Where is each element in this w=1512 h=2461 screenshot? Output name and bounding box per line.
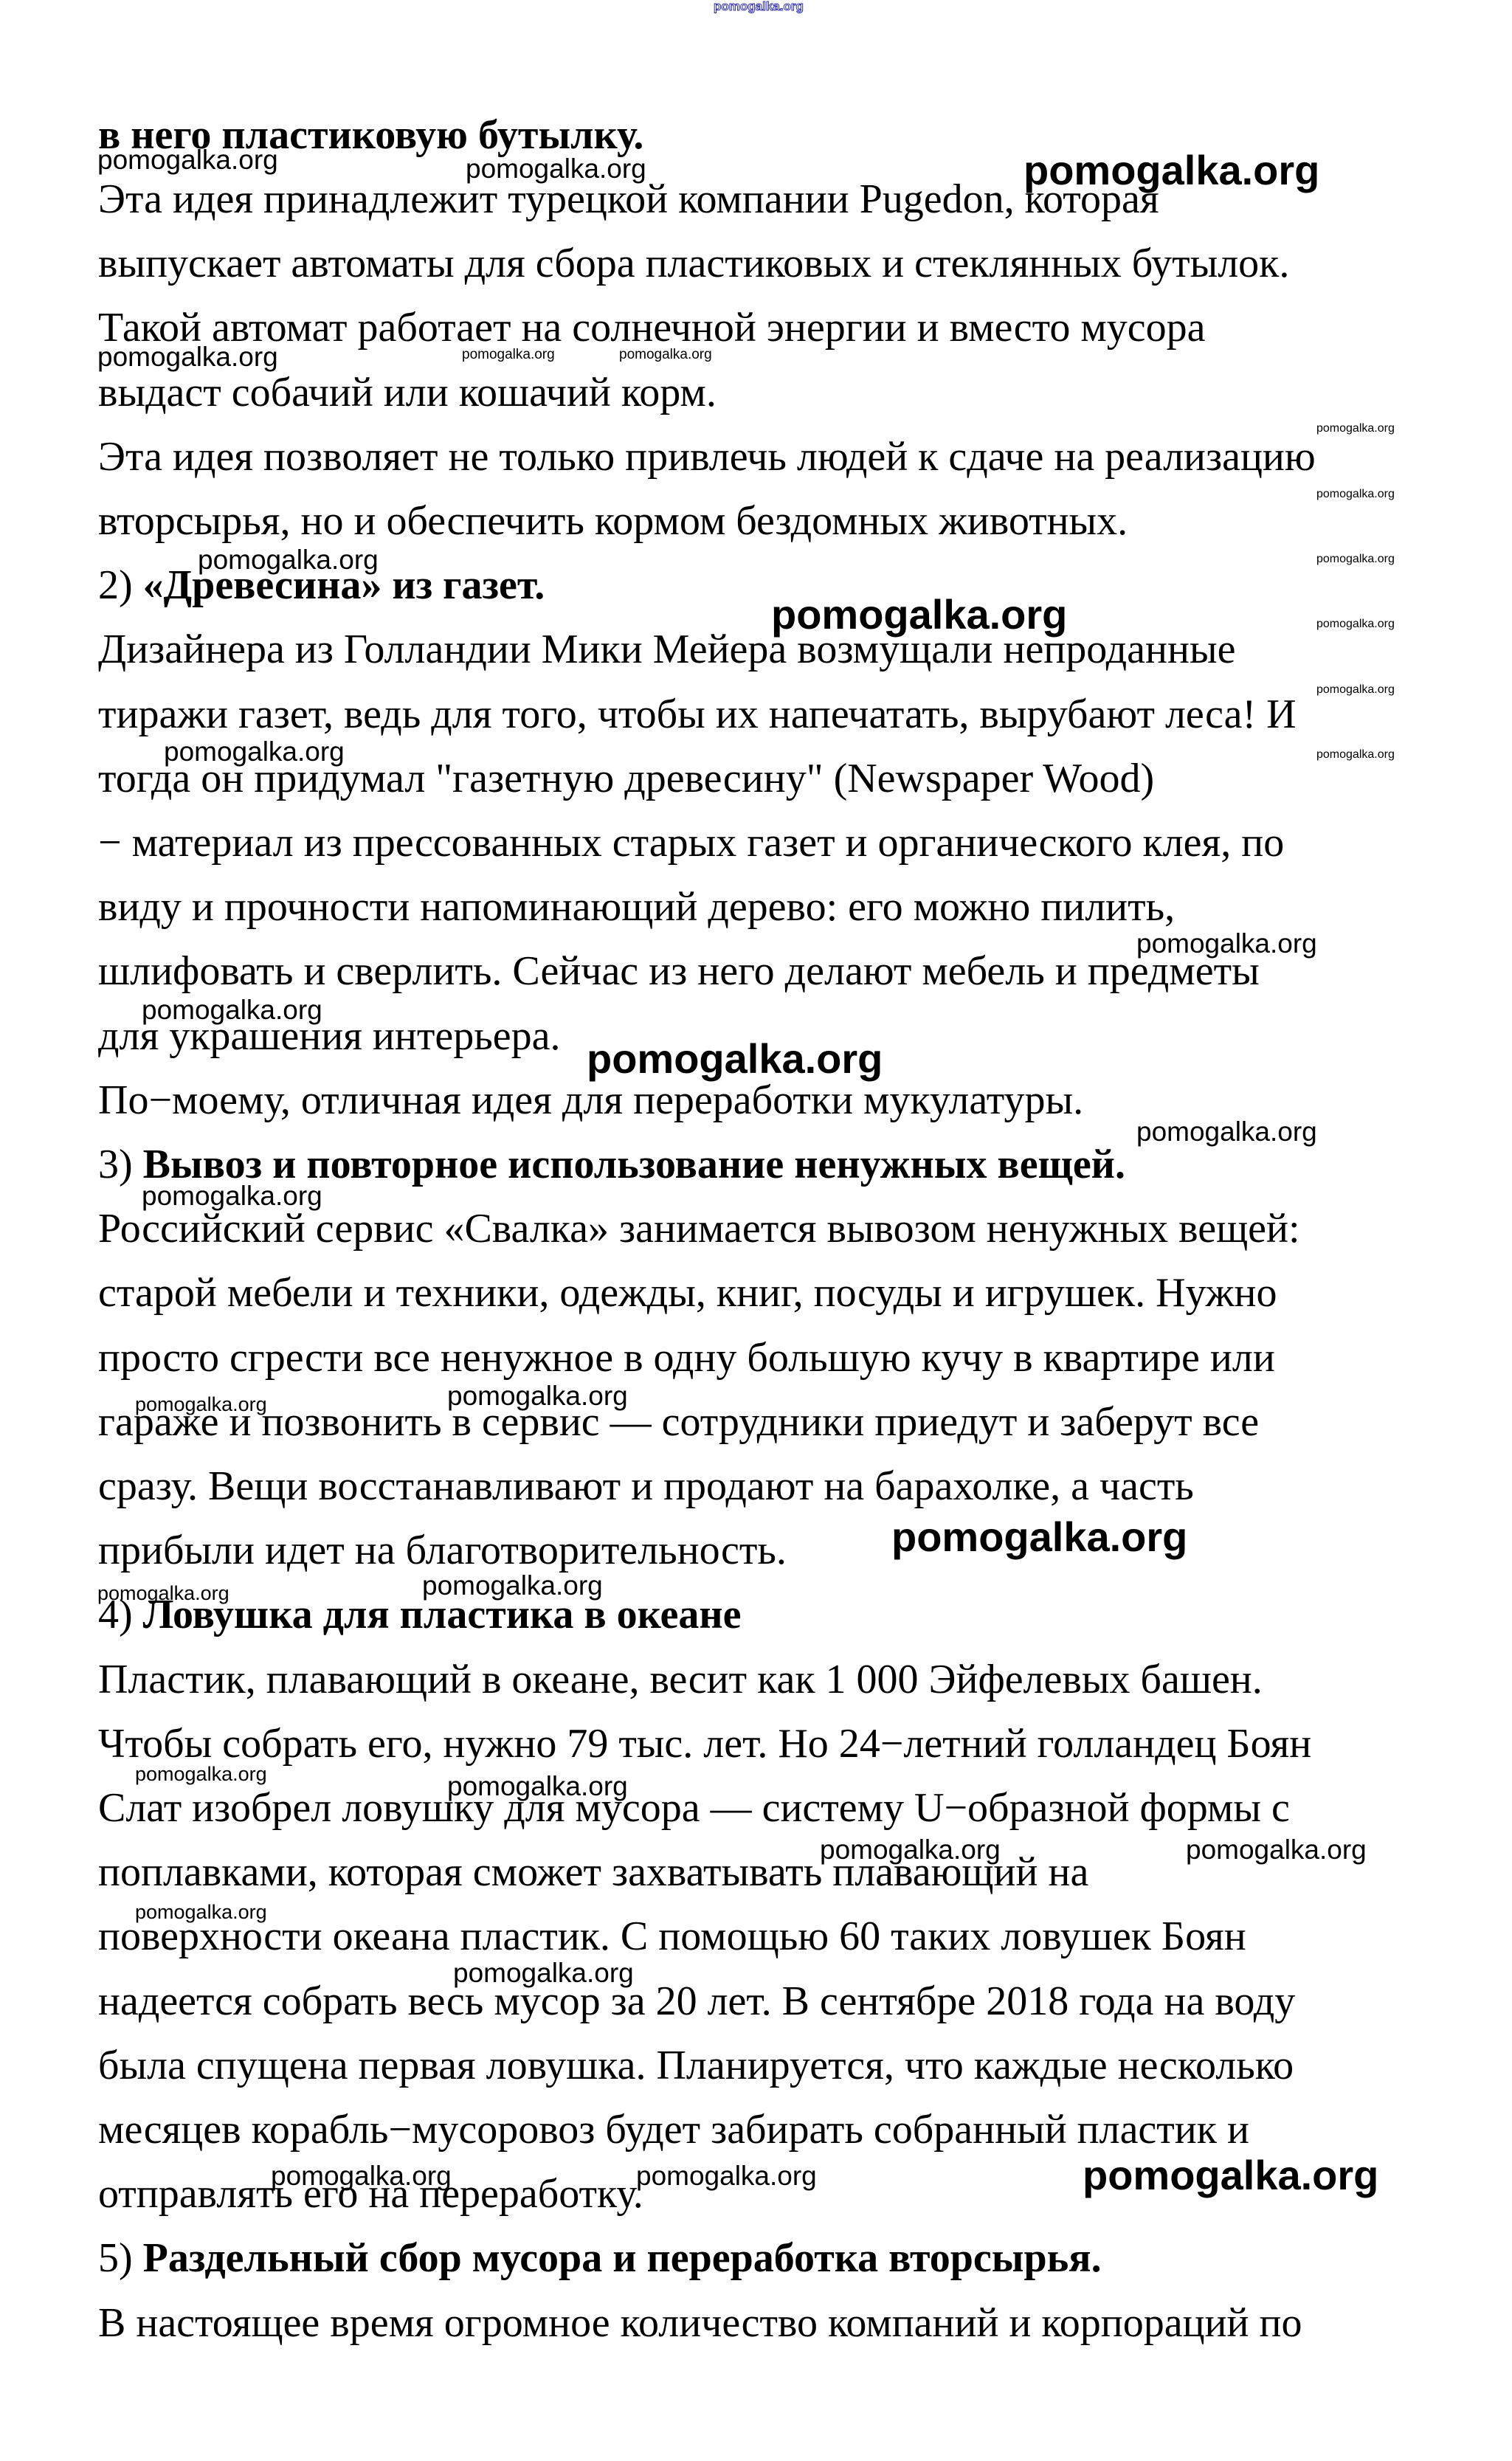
section-heading: Раздельный сбор мусора и переработка вто… bbox=[143, 2235, 1102, 2281]
watermark: pomogalka.org bbox=[462, 348, 555, 362]
text-line: Чтобы собрать его, нужно 79 тыс. лет. Но… bbox=[98, 1723, 1311, 1764]
text-run: Российский сервис «Свалка» занимается вы… bbox=[98, 1206, 1300, 1252]
watermark: pomogalka.org bbox=[142, 996, 322, 1024]
text-run: выпускает автоматы для сбора пластиковых… bbox=[98, 241, 1289, 286]
watermark: pomogalka.org bbox=[1023, 150, 1319, 191]
watermark: pomogalka.org bbox=[453, 1959, 634, 1987]
text-run: Пластик, плавающий в океане, весит как 1… bbox=[98, 1657, 1263, 1702]
text-line: 5) Раздельный сбор мусора и переработка … bbox=[98, 2237, 1102, 2279]
text-run: была спущена первая ловушка. Планируется… bbox=[98, 2043, 1294, 2088]
text-line: гараже и позвонить в сервис — сотрудники… bbox=[98, 1401, 1259, 1443]
watermark: pomogalka.org bbox=[820, 1836, 1001, 1863]
watermark: pomogalka.org bbox=[1316, 423, 1395, 435]
watermark: pomogalka.org bbox=[771, 594, 1067, 635]
watermark: pomogalka.org bbox=[135, 1395, 267, 1415]
watermark: pomogalka.org bbox=[1083, 2155, 1378, 2196]
watermark: pomogalka.org bbox=[1316, 684, 1395, 696]
text-run: виду и прочности напоминающий дерево: ег… bbox=[98, 884, 1175, 930]
watermark: pomogalka.org bbox=[97, 343, 278, 370]
watermark: pomogalka.org bbox=[619, 348, 712, 362]
text-line: старой мебели и техники, одежды, книг, п… bbox=[98, 1272, 1277, 1314]
text-run: Чтобы собрать его, нужно 79 тыс. лет. Но… bbox=[98, 1721, 1311, 1767]
watermark: pomogalka.org bbox=[135, 1902, 267, 1922]
text-line: тиражи газет, ведь для того, чтобы их на… bbox=[98, 694, 1297, 735]
text-line: Слат изобрел ловушку для мусора — систем… bbox=[98, 1787, 1290, 1829]
watermark: pomogalka.org bbox=[1136, 1118, 1317, 1145]
watermark: pomogalka.org bbox=[1316, 749, 1395, 761]
text-run: − материал из прессованных старых газет … bbox=[98, 820, 1284, 866]
watermark: pomogalka.org bbox=[135, 1764, 267, 1784]
text-line: шлифовать и сверлить. Сейчас из него дел… bbox=[98, 950, 1260, 992]
text-line: выпускает автоматы для сбора пластиковых… bbox=[98, 243, 1289, 284]
text-line: вторсырья, но и обеспечить кормом бездом… bbox=[98, 500, 1128, 542]
watermark: pomogalka.org bbox=[587, 1038, 883, 1080]
watermark: pomogalka.org bbox=[1316, 489, 1395, 500]
watermark: pomogalka.org bbox=[1186, 1836, 1367, 1863]
text-run: 5) bbox=[98, 2235, 143, 2281]
text-run: По−моему, отличная идея для переработки … bbox=[98, 1077, 1083, 1123]
text-run: прибыли идет на благотворительность. bbox=[98, 1528, 787, 1573]
top-watermark[interactable]: pomogalka.org bbox=[714, 0, 804, 13]
watermark: pomogalka.org bbox=[891, 1516, 1187, 1558]
watermark: pomogalka.org bbox=[636, 2162, 817, 2189]
text-line: Эта идея позволяет не только привлечь лю… bbox=[98, 436, 1316, 477]
text-line: В настоящее время огромное количество ко… bbox=[98, 2302, 1302, 2344]
text-line: поверхности океана пластик. С помощью 60… bbox=[98, 1916, 1246, 1957]
watermark: pomogalka.org bbox=[1316, 618, 1395, 630]
watermark: pomogalka.org bbox=[1136, 930, 1317, 957]
text-run: 3) bbox=[98, 1142, 143, 1187]
watermark: pomogalka.org bbox=[142, 1182, 322, 1209]
text-line: месяцев корабль−мусоровоз будет забирать… bbox=[98, 2109, 1249, 2150]
watermark: pomogalka.org bbox=[198, 546, 379, 573]
watermark: pomogalka.org bbox=[97, 1584, 229, 1604]
text-run: сразу. Вещи восстанавливают и продают на… bbox=[98, 1463, 1194, 1509]
text-line: виду и прочности напоминающий дерево: ег… bbox=[98, 886, 1175, 928]
text-line: − материал из прессованных старых газет … bbox=[98, 822, 1284, 863]
watermark: pomogalka.org bbox=[271, 2162, 452, 2189]
watermark: pomogalka.org bbox=[422, 1572, 603, 1599]
text-line: просто сгрести все ненужное в одну больш… bbox=[98, 1337, 1275, 1378]
text-line: надеется собрать весь мусор за 20 лет. В… bbox=[98, 1981, 1295, 2022]
watermark: pomogalka.org bbox=[97, 146, 278, 173]
text-line: Пластик, плавающий в океане, весит как 1… bbox=[98, 1659, 1263, 1700]
text-line: была спущена первая ловушка. Планируется… bbox=[98, 2045, 1294, 2086]
text-run: вторсырья, но и обеспечить кормом бездом… bbox=[98, 498, 1128, 544]
text-line: Эта идея принадлежит турецкой компании P… bbox=[98, 179, 1159, 220]
text-run: поверхности океана пластик. С помощью 60… bbox=[98, 1913, 1246, 1959]
watermark: pomogalka.org bbox=[164, 738, 345, 765]
text-run: шлифовать и сверлить. Сейчас из него дел… bbox=[98, 948, 1260, 994]
text-line: сразу. Вещи восстанавливают и продают на… bbox=[98, 1466, 1194, 1507]
text-run: Слат изобрел ловушку для мусора — систем… bbox=[98, 1785, 1290, 1831]
watermark: pomogalka.org bbox=[447, 1382, 628, 1409]
text-run: тиражи газет, ведь для того, чтобы их на… bbox=[98, 691, 1297, 737]
text-run: надеется собрать весь мусор за 20 лет. В… bbox=[98, 1978, 1295, 2024]
watermark: pomogalka.org bbox=[466, 155, 646, 182]
watermark: pomogalka.org bbox=[1316, 553, 1395, 565]
text-line: По−моему, отличная идея для переработки … bbox=[98, 1080, 1083, 1121]
text-line: выдаст собачий или кошачий корм. bbox=[98, 372, 717, 413]
watermark: pomogalka.org bbox=[447, 1773, 628, 1800]
text-run: 2) bbox=[98, 562, 143, 608]
text-run: гараже и позвонить в сервис — сотрудники… bbox=[98, 1399, 1259, 1445]
text-line: прибыли идет на благотворительность. bbox=[98, 1530, 787, 1571]
text-run: месяцев корабль−мусоровоз будет забирать… bbox=[98, 2107, 1249, 2153]
text-line: Российский сервис «Свалка» занимается вы… bbox=[98, 1208, 1300, 1249]
text-run: просто сгрести все ненужное в одну больш… bbox=[98, 1335, 1275, 1381]
text-run: выдаст собачий или кошачий корм. bbox=[98, 370, 717, 415]
text-run: Эта идея позволяет не только привлечь лю… bbox=[98, 434, 1316, 480]
document-page: pomogalka.org в него пластиковую бутылку… bbox=[0, 0, 1512, 2461]
text-run: В настоящее время огромное количество ко… bbox=[98, 2300, 1302, 2346]
text-line: 3) Вывоз и повторное использование ненуж… bbox=[98, 1144, 1125, 1185]
text-run: старой мебели и техники, одежды, книг, п… bbox=[98, 1270, 1277, 1316]
